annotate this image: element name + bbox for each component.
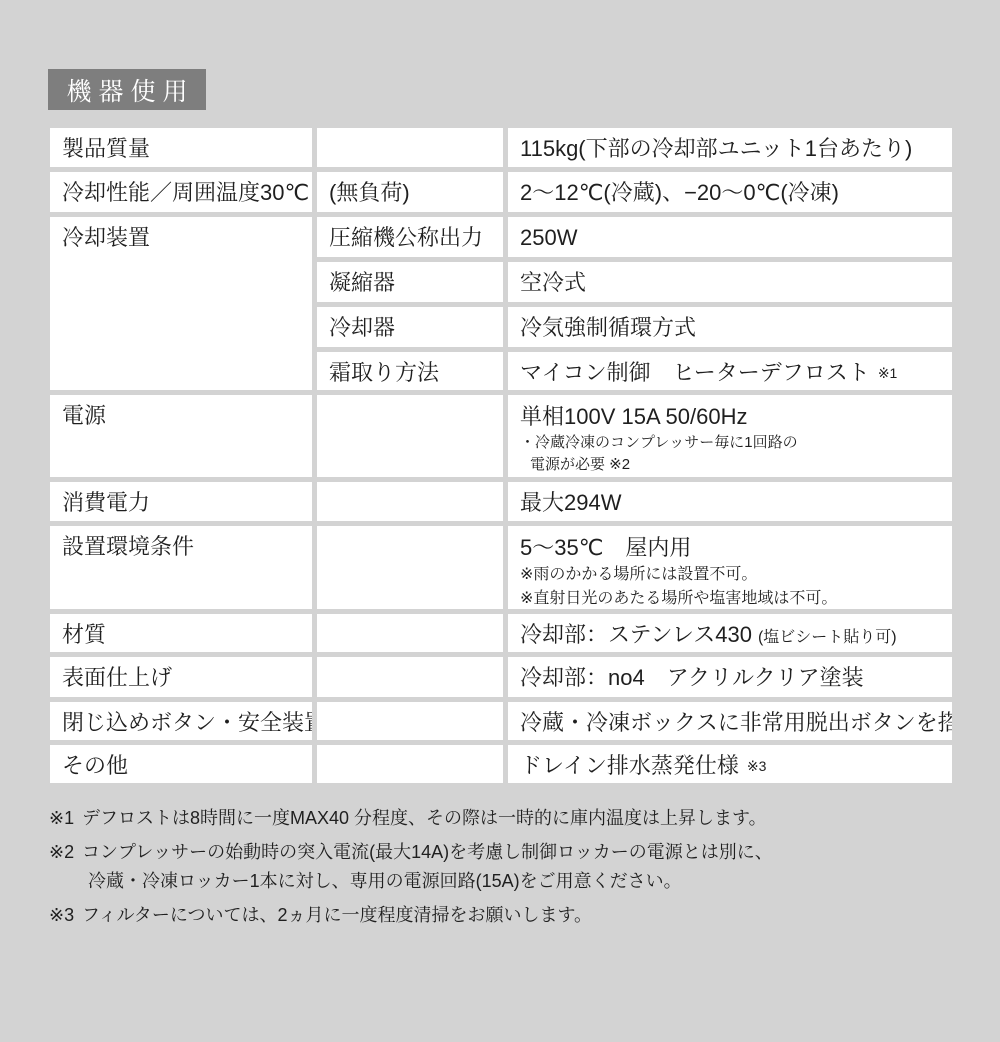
other-value-text: ドレイン排水蒸発仕様: [520, 753, 739, 778]
power-value-note2: 電源が必要 ※2: [520, 454, 940, 476]
defrost-value-text: マイコン制御 ヒーターデフロスト: [520, 360, 870, 385]
environment-value-note2: ※直射日光のあたる場所や塩害地域は不可。: [520, 587, 940, 609]
row-performance-label: 冷却性能／周囲温度30℃: [50, 172, 312, 212]
row-finish-value: 冷却部：no4 アクリルクリア塗装: [508, 657, 952, 697]
row-condenser-sublabel: 凝縮器: [317, 262, 503, 302]
row-material-value: 冷却部：ステンレス430(塩ビシート貼り可): [508, 614, 952, 652]
row-defrost-sublabel: 霜取り方法: [317, 352, 503, 390]
spec-table: 製品質量 115kg(下部の冷却部ユニット1台あたり) 冷却性能／周囲温度30℃…: [50, 128, 952, 783]
row-cooling-unit-label: 冷却装置: [50, 217, 312, 390]
material-value-text: 冷却部：ステンレス430: [520, 622, 752, 647]
environment-value-note1: ※雨のかかる場所には設置不可。: [520, 563, 940, 587]
row-compressor-value: 250W: [508, 217, 952, 257]
footnote-1-text: デフロストは8時間に一度MAX40 分程度、その際は一時的に庫内温度は上昇します…: [82, 804, 959, 833]
power-value-note1: ・冷蔵冷凍のコンプレッサー毎に1回路の: [520, 432, 940, 454]
row-cooler-sublabel: 冷却器: [317, 307, 503, 347]
row-safety-value: 冷蔵・冷凍ボックスに非常用脱出ボタンを搭載: [508, 702, 952, 740]
row-environment-subcell-empty: [317, 526, 503, 609]
row-other-label: その他: [50, 745, 312, 783]
row-finish-label: 表面仕上げ: [50, 657, 312, 697]
row-environment-label: 設置環境条件: [50, 526, 312, 609]
row-condenser-value: 空冷式: [508, 262, 952, 302]
footnote-1: ※1 デフロストは8時間に一度MAX40 分程度、その際は一時的に庫内温度は上昇…: [49, 804, 959, 833]
row-finish-subcell-empty: [317, 657, 503, 697]
row-weight-label: 製品質量: [50, 128, 312, 167]
row-weight-subcell-empty: [317, 128, 503, 167]
row-compressor-sublabel: 圧縮機公称出力: [317, 217, 503, 257]
power-value-main: 単相100V 15A 50/60Hz: [520, 402, 940, 432]
footnote-1-marker: ※1: [49, 804, 82, 833]
row-performance-value: 2～12℃(冷蔵)、−20～0℃(冷凍): [508, 172, 952, 212]
material-value-small: (塩ビシート貼り可): [758, 629, 897, 646]
environment-value-main: 5～35℃ 屋内用: [520, 533, 940, 563]
footnote-3: ※3 フィルターについては、2ヵ月に一度程度清掃をお願いします。: [49, 901, 959, 930]
row-consumption-label: 消費電力: [50, 482, 312, 521]
row-performance-sublabel: (無負荷): [317, 172, 503, 212]
row-consumption-subcell-empty: [317, 482, 503, 521]
row-environment-value: 5～35℃ 屋内用 ※雨のかかる場所には設置不可。 ※直射日光のあたる場所や塩害…: [508, 526, 952, 609]
footnote-2-text-line1: コンプレッサーの始動時の突入電流(最大14A)を考慮し制御ロッカーの電源とは別に…: [82, 838, 959, 867]
row-safety-label: 閉じ込めボタン・安全装置: [50, 702, 312, 740]
row-material-label: 材質: [50, 614, 312, 652]
row-cooler-value: 冷気強制循環方式: [508, 307, 952, 347]
footnote-3-text: フィルターについては、2ヵ月に一度程度清掃をお願いします。: [82, 901, 959, 930]
footnote-ref-1: ※1: [878, 365, 898, 381]
row-defrost-value: マイコン制御 ヒーターデフロスト※1: [508, 352, 952, 390]
page-title: 機器使用: [48, 69, 206, 110]
row-weight-value: 115kg(下部の冷却部ユニット1台あたり): [508, 128, 952, 167]
row-power-subcell-empty: [317, 395, 503, 477]
row-consumption-value: 最大294W: [508, 482, 952, 521]
row-other-subcell-empty: [317, 745, 503, 783]
footnote-3-marker: ※3: [49, 901, 82, 930]
row-other-value: ドレイン排水蒸発仕様※3: [508, 745, 952, 783]
footnote-2: ※2 コンプレッサーの始動時の突入電流(最大14A)を考慮し制御ロッカーの電源と…: [49, 838, 959, 896]
row-material-subcell-empty: [317, 614, 503, 652]
footnote-2-text-line2: 冷蔵・冷凍ロッカー1本に対し、専用の電源回路(15A)をご用意ください。: [82, 867, 959, 896]
row-safety-subcell-empty: [317, 702, 503, 740]
row-power-value: 単相100V 15A 50/60Hz ・冷蔵冷凍のコンプレッサー毎に1回路の 電…: [508, 395, 952, 477]
row-power-label: 電源: [50, 395, 312, 477]
footnote-2-marker: ※2: [49, 838, 82, 896]
footnote-ref-3: ※3: [747, 758, 767, 774]
footnotes: ※1 デフロストは8時間に一度MAX40 分程度、その際は一時的に庫内温度は上昇…: [49, 804, 959, 935]
